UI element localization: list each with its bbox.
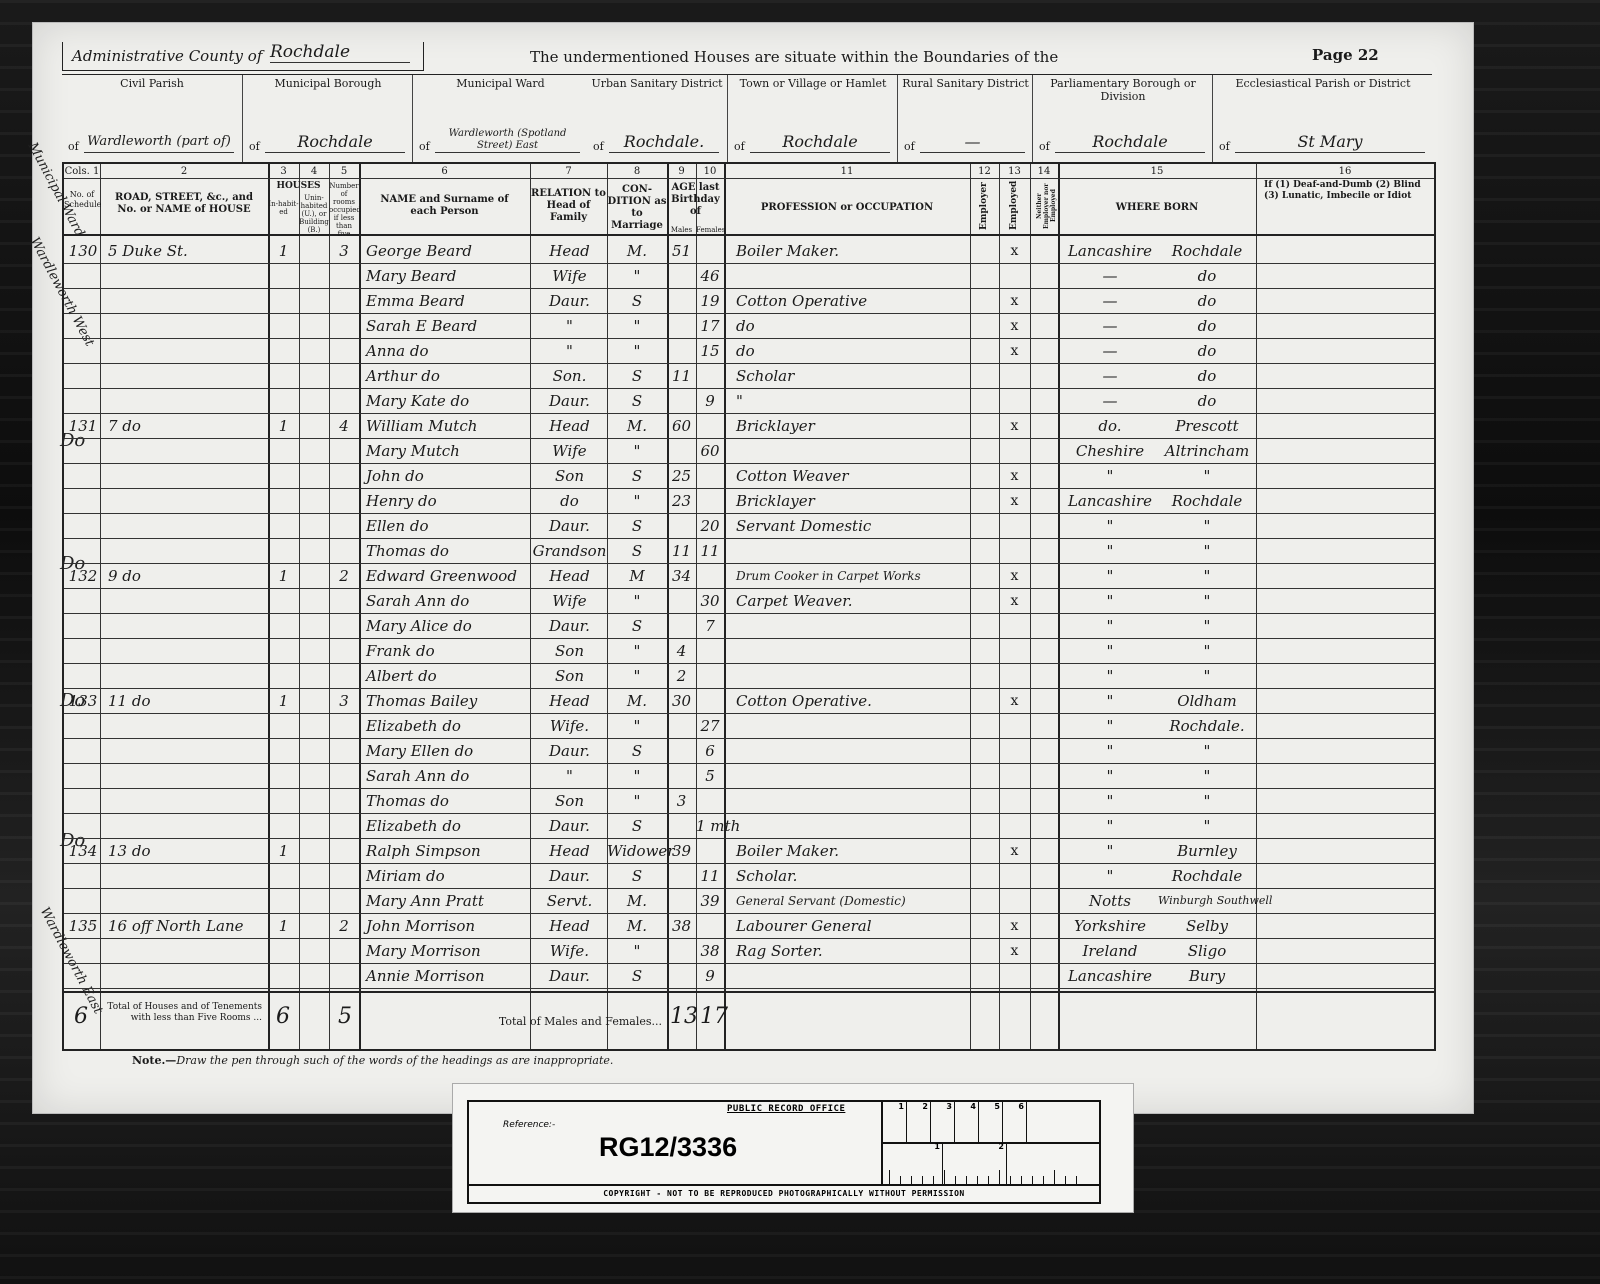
cell-occupation: Scholar. <box>736 863 970 889</box>
cell-employed: x <box>999 488 1030 514</box>
header-occupation: PROFESSION or OCCUPATION <box>724 202 970 214</box>
cell-schedule <box>66 338 100 364</box>
cell-condition: S <box>607 513 667 539</box>
cell-rooms <box>329 938 359 964</box>
cell-condition: S <box>607 738 667 764</box>
cell-schedule <box>66 538 100 564</box>
cell-rooms <box>329 438 359 464</box>
cell-female-age <box>696 463 724 489</box>
cell-male-age: 11 <box>667 363 696 389</box>
cell-female-age: 38 <box>696 938 724 964</box>
cell-name: Elizabeth do <box>366 813 530 839</box>
division-value: Rochdale <box>265 132 405 153</box>
cell-address <box>108 513 266 539</box>
total-houses-label: Total of Houses and of Tenements with le… <box>104 1002 262 1024</box>
cell-condition: " <box>607 788 667 814</box>
total-schedules: 6 <box>74 1004 88 1029</box>
cell-employed <box>999 613 1030 639</box>
cell-born-county: — <box>1062 388 1158 414</box>
cell-rooms <box>329 338 359 364</box>
cell-employed <box>999 263 1030 289</box>
cell-male-age: 25 <box>667 463 696 489</box>
cell-relation: Son <box>532 638 607 664</box>
cell-schedule <box>66 463 100 489</box>
cell-occupation: " <box>736 388 970 414</box>
cell-condition: S <box>607 288 667 314</box>
cell-address <box>108 363 266 389</box>
cell-inhabited <box>268 438 299 464</box>
cell-relation: Son <box>532 788 607 814</box>
division-municipal-ward: Municipal Ward of Wardleworth (Spotland … <box>412 75 588 163</box>
cell-employed <box>999 813 1030 839</box>
cell-name: John do <box>366 463 530 489</box>
cell-born-county: " <box>1062 463 1158 489</box>
cell-address <box>108 763 266 789</box>
division-urban-sanitary: Urban Sanitary District of Rochdale. <box>587 75 727 163</box>
cell-schedule: 130 <box>66 238 100 264</box>
header-uninhabited: Unin-habited (U.), or Building (B.) <box>299 194 329 234</box>
cell-employed <box>999 438 1030 464</box>
cell-condition: M. <box>607 238 667 264</box>
cell-born-place: " <box>1158 588 1256 614</box>
header-employed: Employed <box>1008 182 1020 230</box>
cell-schedule <box>66 813 100 839</box>
cell-address <box>108 738 266 764</box>
cell-born-place: do <box>1158 388 1256 414</box>
public-record-office: PUBLIC RECORD OFFICE <box>727 1104 845 1114</box>
cell-inhabited <box>268 538 299 564</box>
cell-name: Elizabeth do <box>366 713 530 739</box>
cell-address: 5 Duke St. <box>108 238 266 264</box>
cell-rooms <box>329 538 359 564</box>
cell-address <box>108 788 266 814</box>
cell-male-age: 30 <box>667 688 696 714</box>
cell-relation: " <box>532 763 607 789</box>
cell-schedule: 131 <box>66 413 100 439</box>
cell-employed: x <box>999 413 1030 439</box>
cell-name: Mary Mutch <box>366 438 530 464</box>
cell-employed: x <box>999 463 1030 489</box>
cell-address: 7 do <box>108 413 266 439</box>
cell-born-county: " <box>1062 863 1158 889</box>
cell-relation: Daur. <box>532 863 607 889</box>
cell-schedule <box>66 263 100 289</box>
cell-occupation: Rag Sorter. <box>736 938 970 964</box>
cell-relation: Daur. <box>532 963 607 989</box>
cell-born-county: Ireland <box>1062 938 1158 964</box>
cell-condition: M. <box>607 413 667 439</box>
cell-relation: Daur. <box>532 513 607 539</box>
cell-inhabited <box>268 263 299 289</box>
cell-born-county: — <box>1062 313 1158 339</box>
division-value: Rochdale <box>1055 132 1205 153</box>
header-where-born: WHERE BORN <box>1058 202 1256 214</box>
cell-rooms <box>329 513 359 539</box>
cell-born-place: Rochdale <box>1158 238 1256 264</box>
cell-rooms <box>329 313 359 339</box>
division-value: Wardleworth (Spotland Street) East <box>435 128 580 153</box>
cell-address <box>108 463 266 489</box>
cell-female-age: 39 <box>696 888 724 914</box>
cell-born-place: do <box>1158 338 1256 364</box>
cell-male-age <box>667 613 696 639</box>
cell-born-county: " <box>1062 838 1158 864</box>
cell-inhabited: 1 <box>268 238 299 264</box>
header-neither: Neither Employer nor Employed <box>1036 180 1057 232</box>
reference-label: Reference:- <box>503 1120 555 1130</box>
copyright-notice: COPYRIGHT - NOT TO BE REPRODUCED PHOTOGR… <box>469 1184 1099 1202</box>
cell-born-place: " <box>1158 513 1256 539</box>
cell-female-age: 46 <box>696 263 724 289</box>
cell-relation: Head <box>532 413 607 439</box>
cell-name: Mary Ellen do <box>366 738 530 764</box>
cell-rooms <box>329 663 359 689</box>
cell-female-age <box>696 413 724 439</box>
cell-occupation: General Servant (Domestic) <box>736 888 970 914</box>
header-divider <box>64 234 1434 236</box>
cell-address <box>108 963 266 989</box>
cell-born-county: — <box>1062 338 1158 364</box>
col-number: 16 <box>1256 166 1434 177</box>
cell-female-age: 9 <box>696 963 724 989</box>
col-number: Cols. 1 <box>64 166 100 177</box>
cell-occupation <box>736 963 970 989</box>
cell-male-age <box>667 888 696 914</box>
header-relation: RELATION to Head of Family <box>530 188 607 224</box>
cell-female-age: 15 <box>696 338 724 364</box>
cell-employed <box>999 713 1030 739</box>
cell-born-place: Bury <box>1158 963 1256 989</box>
cell-schedule <box>66 388 100 414</box>
cell-occupation: do <box>736 313 970 339</box>
cell-name: Ralph Simpson <box>366 838 530 864</box>
cell-employed <box>999 738 1030 764</box>
cell-occupation: do <box>736 338 970 364</box>
cell-rooms <box>329 638 359 664</box>
cell-schedule <box>66 638 100 664</box>
cell-address: 11 do <box>108 688 266 714</box>
cell-male-age <box>667 963 696 989</box>
cell-female-age <box>696 638 724 664</box>
cell-name: Henry do <box>366 488 530 514</box>
cell-born-county: " <box>1062 763 1158 789</box>
cell-rooms <box>329 463 359 489</box>
cell-born-place: " <box>1158 663 1256 689</box>
cell-male-age: 38 <box>667 913 696 939</box>
cell-female-age: 30 <box>696 588 724 614</box>
cell-address <box>108 338 266 364</box>
cell-born-county: Notts <box>1062 888 1158 914</box>
cell-name: Albert do <box>366 663 530 689</box>
cell-female-age: 9 <box>696 388 724 414</box>
cell-rooms: 3 <box>329 238 359 264</box>
cell-born-county: — <box>1062 363 1158 389</box>
cell-born-county: " <box>1062 613 1158 639</box>
cell-male-age <box>667 388 696 414</box>
cell-schedule <box>66 588 100 614</box>
division-ecclesiastical: Ecclesiastical Parish or District of St … <box>1212 75 1433 163</box>
cell-address <box>108 588 266 614</box>
cell-schedule <box>66 713 100 739</box>
cell-rooms <box>329 888 359 914</box>
cell-condition: " <box>607 438 667 464</box>
cell-employed: x <box>999 938 1030 964</box>
cell-female-age <box>696 563 724 589</box>
footnote-text: Draw the pen through such of the words o… <box>176 1054 613 1067</box>
cell-occupation <box>736 538 970 564</box>
cell-condition: S <box>607 538 667 564</box>
cell-schedule: 133 <box>66 688 100 714</box>
cell-inhabited <box>268 888 299 914</box>
cell-male-age: 23 <box>667 488 696 514</box>
cell-relation: Son <box>532 463 607 489</box>
cell-female-age <box>696 788 724 814</box>
cell-female-age <box>696 663 724 689</box>
cell-inhabited <box>268 938 299 964</box>
cell-female-age: 17 <box>696 313 724 339</box>
cell-inhabited <box>268 288 299 314</box>
cell-schedule <box>66 738 100 764</box>
reference-box: PUBLIC RECORD OFFICE Reference:- RG12/33… <box>467 1100 1101 1204</box>
header-rooms: Number of rooms occupied if less than fi… <box>329 182 359 238</box>
cell-rooms <box>329 763 359 789</box>
cell-condition: S <box>607 963 667 989</box>
cell-rooms: 2 <box>329 913 359 939</box>
cell-employed: x <box>999 588 1030 614</box>
cell-rooms <box>329 488 359 514</box>
cell-relation: Wife <box>532 263 607 289</box>
cell-employed <box>999 388 1030 414</box>
cell-condition: " <box>607 638 667 664</box>
cell-born-county: do. <box>1062 413 1158 439</box>
cell-inhabited <box>268 313 299 339</box>
cell-condition: S <box>607 813 667 839</box>
footnote-prefix: Note.— <box>132 1054 176 1067</box>
cell-male-age <box>667 938 696 964</box>
cell-rooms <box>329 363 359 389</box>
col-divider <box>530 164 531 1049</box>
cell-inhabited: 1 <box>268 688 299 714</box>
cell-rooms <box>329 838 359 864</box>
cell-male-age <box>667 288 696 314</box>
cell-relation: Grandson <box>532 538 607 564</box>
cell-condition: " <box>607 263 667 289</box>
cell-inhabited: 1 <box>268 913 299 939</box>
cell-inhabited <box>268 713 299 739</box>
cell-occupation <box>736 663 970 689</box>
cell-address: 13 do <box>108 838 266 864</box>
cell-born-place: Altrincham <box>1158 438 1256 464</box>
cell-address <box>108 488 266 514</box>
cell-born-county: " <box>1062 563 1158 589</box>
cell-male-age <box>667 813 696 839</box>
cell-rooms <box>329 788 359 814</box>
total-females: 17 <box>700 1004 728 1029</box>
header-age: AGE last Birthday of <box>667 182 724 218</box>
header-condition: CON-DITION as to Marriage <box>607 184 667 232</box>
cell-name: Mary Ann Pratt <box>366 888 530 914</box>
header-infirmity: If (1) Deaf-and-Dumb (2) Blind (3) Lunat… <box>1264 180 1430 202</box>
cell-schedule <box>66 513 100 539</box>
cell-inhabited <box>268 588 299 614</box>
cell-born-county: Yorkshire <box>1062 913 1158 939</box>
cell-employed: x <box>999 563 1030 589</box>
cell-name: Sarah Ann do <box>366 763 530 789</box>
cell-rooms <box>329 263 359 289</box>
cell-born-place: do <box>1158 263 1256 289</box>
reference-code: RG12/3336 <box>599 1132 737 1163</box>
cell-name: Mary Kate do <box>366 388 530 414</box>
col-number: 9 <box>667 166 696 177</box>
cell-inhabited <box>268 363 299 389</box>
cell-occupation: Carpet Weaver. <box>736 588 970 614</box>
cell-condition: " <box>607 938 667 964</box>
col-number: 8 <box>607 166 667 177</box>
cell-employed: x <box>999 238 1030 264</box>
cell-occupation: Labourer General <box>736 913 970 939</box>
cell-inhabited <box>268 463 299 489</box>
cell-male-age: 11 <box>667 538 696 564</box>
cell-born-place: Winburgh Southwell <box>1158 888 1256 914</box>
cell-employed <box>999 888 1030 914</box>
cell-female-age: 5 <box>696 763 724 789</box>
cell-relation: Daur. <box>532 813 607 839</box>
cell-born-county: " <box>1062 663 1158 689</box>
cell-address <box>108 288 266 314</box>
cell-rooms <box>329 863 359 889</box>
cell-employed <box>999 638 1030 664</box>
cell-inhabited <box>268 338 299 364</box>
cell-employed <box>999 963 1030 989</box>
cell-condition: S <box>607 363 667 389</box>
cell-inhabited <box>268 863 299 889</box>
cell-address <box>108 313 266 339</box>
cell-born-county: — <box>1062 263 1158 289</box>
division-municipal-borough: Municipal Borough of Rochdale <box>242 75 413 163</box>
totals-divider <box>64 991 1434 993</box>
admin-county-value: Rochdale <box>270 42 410 63</box>
cell-relation: Wife. <box>532 938 607 964</box>
cell-inhabited <box>268 813 299 839</box>
col-number: 15 <box>1058 166 1256 177</box>
admin-county-label: Administrative County of <box>72 47 262 65</box>
cell-born-place: Rochdale <box>1158 488 1256 514</box>
col-divider <box>299 164 300 1049</box>
cell-male-age: 34 <box>667 563 696 589</box>
cell-address: 9 do <box>108 563 266 589</box>
cell-employed <box>999 663 1030 689</box>
cell-employed <box>999 513 1030 539</box>
cell-name: Sarah Ann do <box>366 588 530 614</box>
cell-occupation: Boiler Maker. <box>736 838 970 864</box>
header-inhabited: In-habit-ed <box>268 200 299 216</box>
cell-name: Sarah E Beard <box>366 313 530 339</box>
cell-born-place: " <box>1158 463 1256 489</box>
cell-name: Thomas do <box>366 788 530 814</box>
cell-address <box>108 263 266 289</box>
cell-schedule: 132 <box>66 563 100 589</box>
col-number: 6 <box>359 166 530 177</box>
cell-employed: x <box>999 313 1030 339</box>
col-divider <box>1256 164 1257 1049</box>
cell-condition: S <box>607 463 667 489</box>
cell-occupation <box>736 813 970 839</box>
cell-name: Miriam do <box>366 863 530 889</box>
cell-name: Edward Greenwood <box>366 563 530 589</box>
cell-name: Emma Beard <box>366 288 530 314</box>
division-value: St Mary <box>1235 132 1425 153</box>
cell-address <box>108 888 266 914</box>
cell-condition: Widower <box>607 838 667 864</box>
cell-condition: M. <box>607 888 667 914</box>
cell-inhabited <box>268 663 299 689</box>
header-males: Males <box>667 226 696 234</box>
cell-rooms: 2 <box>329 563 359 589</box>
cell-rooms: 3 <box>329 688 359 714</box>
division-parliamentary: Parliamentary Borough or Division of Roc… <box>1032 75 1213 163</box>
cell-male-age: 3 <box>667 788 696 814</box>
cell-male-age: 4 <box>667 638 696 664</box>
cell-condition: M. <box>607 688 667 714</box>
header-houses: HOUSES <box>268 180 329 192</box>
division-value: — <box>920 132 1025 153</box>
cell-male-age <box>667 338 696 364</box>
cell-condition: " <box>607 338 667 364</box>
cell-male-age <box>667 763 696 789</box>
cell-inhabited <box>268 488 299 514</box>
cell-employed: x <box>999 913 1030 939</box>
cell-male-age <box>667 263 696 289</box>
cell-occupation: Drum Cooker in Carpet Works <box>736 563 970 589</box>
cell-inhabited <box>268 788 299 814</box>
cell-occupation: Scholar <box>736 363 970 389</box>
cell-inhabited <box>268 388 299 414</box>
cell-female-age: 11 <box>696 863 724 889</box>
cell-relation: Son. <box>532 363 607 389</box>
cell-relation: Wife. <box>532 713 607 739</box>
cell-born-county: " <box>1062 788 1158 814</box>
cell-male-age <box>667 438 696 464</box>
cell-name: Arthur do <box>366 363 530 389</box>
cell-male-age <box>667 863 696 889</box>
cell-male-age <box>667 738 696 764</box>
cell-inhabited: 1 <box>268 838 299 864</box>
cell-male-age: 39 <box>667 838 696 864</box>
cell-male-age <box>667 313 696 339</box>
cell-employed <box>999 363 1030 389</box>
cell-relation: Daur. <box>532 388 607 414</box>
cell-name: Frank do <box>366 638 530 664</box>
header-name: NAME and Surname of each Person <box>369 194 520 218</box>
cell-relation: Wife <box>532 588 607 614</box>
cell-address <box>108 388 266 414</box>
cell-rooms <box>329 613 359 639</box>
cell-occupation <box>736 788 970 814</box>
cell-born-county: " <box>1062 538 1158 564</box>
cell-name: John Morrison <box>366 913 530 939</box>
cell-born-place: do <box>1158 288 1256 314</box>
cell-occupation <box>736 263 970 289</box>
cell-female-age: 60 <box>696 438 724 464</box>
cell-relation: do <box>532 488 607 514</box>
cell-born-county: Cheshire <box>1062 438 1158 464</box>
cell-inhabited <box>268 638 299 664</box>
cell-female-age <box>696 913 724 939</box>
col-divider <box>100 164 101 1049</box>
cell-relation: Daur. <box>532 288 607 314</box>
cell-female-age: 19 <box>696 288 724 314</box>
cell-occupation <box>736 613 970 639</box>
